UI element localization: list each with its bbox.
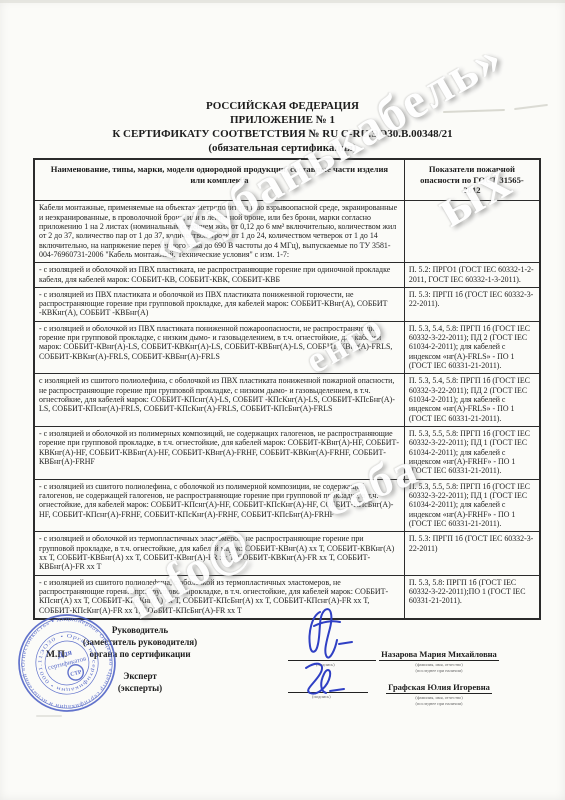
table-row: - с изоляцией и оболочкой из полимерных … [34,427,540,480]
table-header-row: Наименование, типы, марки, модели одноро… [34,159,540,201]
table-row: - с изоляцией и оболочкой из ПВХ пластик… [34,321,540,374]
table-row: - с изоляцией из ПВХ пластиката и оболоч… [34,287,540,321]
signatory-name-2: Графская Юлия Игоревна [386,682,492,694]
fire-indicators-cell: П. 5.3: ПРГП 1б (ГОСТ IEC 60332-3-22-201… [404,287,540,321]
product-description-cell: - с изоляцией и оболочкой из ПВХ пластик… [34,321,404,374]
scan-edge-artifact [0,0,565,3]
fire-indicators-cell: П. 5.3, 5.4, 5.8: ПРГП 1б (ГОСТ IEC 6033… [404,374,540,427]
svg-text:СТР: СТР [70,669,83,678]
name-caption-2b: (последнее при наличии) [372,701,506,707]
table-row: с изоляцией из сшитого полиолефина, с об… [34,374,540,427]
table-row: - с изоляцией из сшитого полиолефина, с … [34,575,540,619]
fire-indicators-cell: П. 5.3, 5.5, 5.8: ПРГП 1б (ГОСТ IEC 6033… [404,479,540,532]
product-description-cell: - с изоляцией из сшитого полиолефина, с … [34,479,404,532]
signatory-name-block-2: Графская Юлия Игоревна (фамилия, имя, от… [372,677,506,706]
column-header-fire-indicators: Показатели пожарной опасности по ГОСТ 31… [404,159,540,201]
table-row: - с изоляцией и оболочкой из ПВХ пластик… [34,263,540,288]
table-row: - с изоляцией и оболочкой из термопласти… [34,532,540,575]
certificate-page: РОССИЙСКАЯ ФЕДЕРАЦИЯ ПРИЛОЖЕНИЕ № 1 К СЕ… [0,0,565,800]
product-description-cell: - с изоляцией и оболочкой из термопласти… [34,532,404,575]
product-description-cell: с изоляцией из сшитого полиолефина, с об… [34,374,404,427]
cert-table-body: Кабели монтажные, применяемые на объекта… [34,201,540,619]
fire-indicators-cell: П. 5.3, 5.5, 5.8: ПРГП 1б (ГОСТ IEC 6033… [404,427,540,480]
fire-indicators-cell [404,201,540,263]
table-row: - с изоляцией из сшитого полиолефина, с … [34,479,540,532]
ink-signature-2 [292,656,358,700]
fire-indicators-cell: П. 5.3: ПРГП 1б (ГОСТ IEC 60332-3-22-201… [404,532,540,575]
certificate-number-line: К СЕРТИФИКАТУ СООТВЕТСТВИЯ № RU C-RU.ЭО3… [0,128,565,140]
fire-indicators-cell: П. 5.3, 5.4, 5.8: ПРГП 1б (ГОСТ IEC 6033… [404,321,540,374]
stamp-center-line2: сертификатов [47,655,87,671]
table-row: Кабели монтажные, применяемые на объекта… [34,201,540,263]
fire-indicators-cell: П. 5.3, 5.8: ПРГП 1б (ГОСТ IEC 60332-3-2… [404,575,540,619]
signatory-name-block-1: Назарова Мария Михайловна (фамилия, имя,… [368,644,510,673]
signatory-name-1: Назарова Мария Михайловна [379,649,499,661]
certification-type-line: (обязательная сертификация) [0,142,565,154]
product-description-cell: - с изоляцией и оболочкой из полимерных … [34,427,404,480]
product-table: Наименование, типы, марки, модели одноро… [33,158,541,620]
product-description-cell: - с изоляцией и оболочкой из ПВХ пластик… [34,263,404,288]
stamp-center-line1: Для [56,647,73,659]
column-header-product: Наименование, типы, марки, модели одноро… [34,159,404,201]
product-description-cell: - с изоляцией из ПВХ пластиката и оболоч… [34,287,404,321]
name-caption-1b: (последнее при наличии) [368,668,510,674]
fire-indicators-cell: П. 5.2: ПРГО1 (ГОСТ IEC 60332-1-2-2011, … [404,263,540,288]
appendix-title: ПРИЛОЖЕНИЕ № 1 [0,114,565,126]
ink-signature-1 [292,602,366,662]
product-description-cell: Кабели монтажные, применяемые на объекта… [34,201,404,263]
